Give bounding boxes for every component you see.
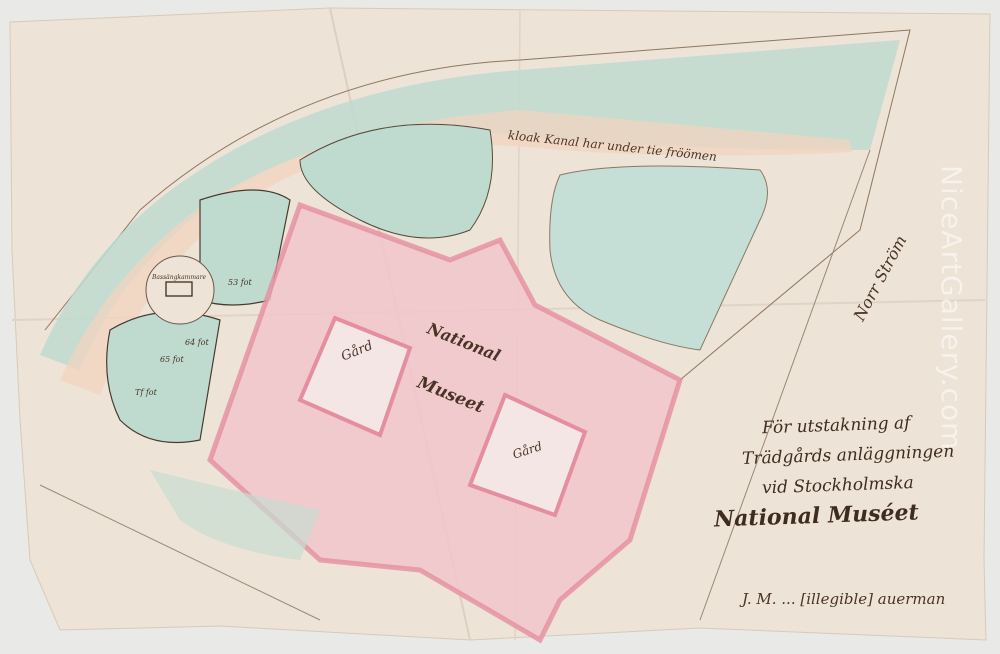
plot-label-1: 53 fot [228, 278, 252, 287]
fountain-circle [146, 256, 214, 324]
plot-label-3: 64 fot [185, 338, 209, 347]
plot-label-2: 65 fot [160, 355, 184, 364]
map-sheet: National Museet Gård Gård kloak Kanal ha… [0, 0, 1000, 654]
watermark: NiceArtGallery.com [935, 165, 968, 450]
plot-lower-left [107, 312, 220, 443]
plot-label-4: Tf fot [135, 388, 157, 397]
fountain-label: Bassängkammare [152, 274, 206, 281]
map-drawing [0, 0, 1000, 654]
signature: J. M. ... [illegible] auerman [742, 590, 945, 608]
